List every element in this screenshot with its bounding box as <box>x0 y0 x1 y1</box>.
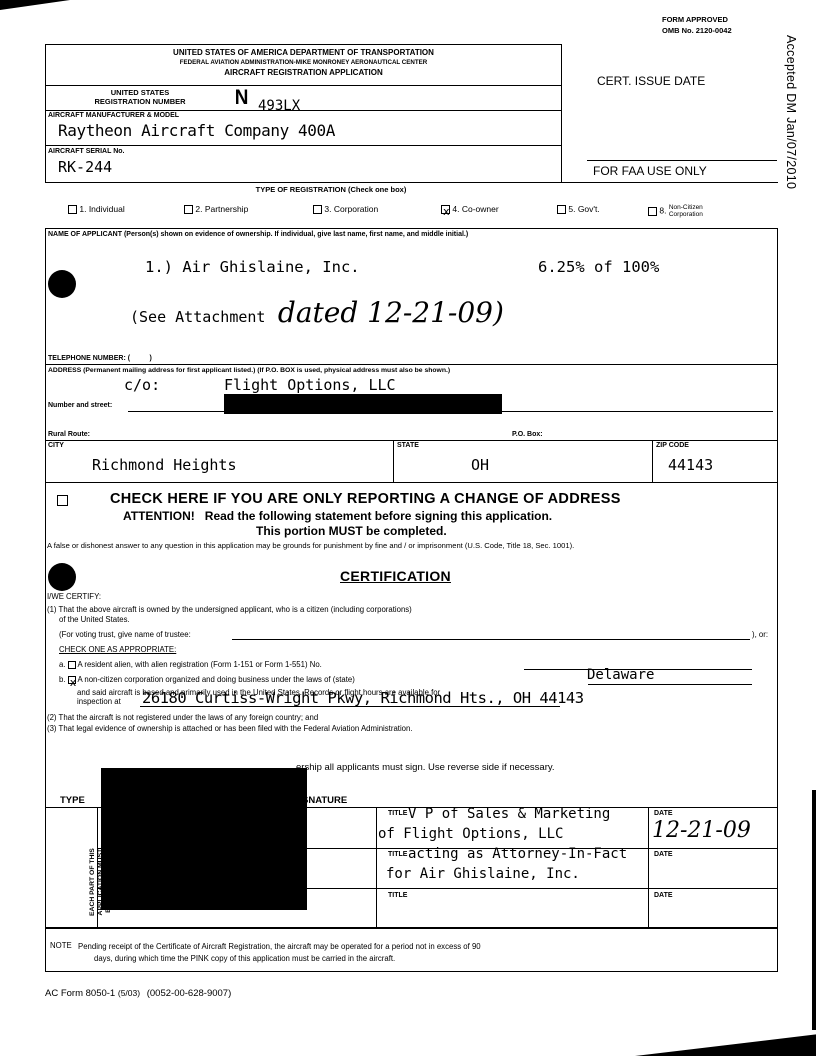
hole-punch-1 <box>48 270 76 298</box>
title-value-1-line1[interactable]: V P of Sales & Marketing <box>408 806 610 822</box>
redacted-signatures <box>101 768 307 910</box>
manufacturer-label: AIRCRAFT MANUFACTURER & MODEL <box>48 112 179 119</box>
type-label: TYPE <box>60 795 85 806</box>
must-be-completed: This portion MUST be completed. <box>256 524 447 538</box>
title-label-1: TITLE <box>388 810 407 817</box>
registration-type-heading: TYPE OF REGISTRATION (Check one box) <box>45 185 617 194</box>
cert-item-1: (1) That the above aircraft is owned by … <box>47 605 412 624</box>
accepted-stamp: Accepted DM Jan/07/2010 <box>778 35 798 245</box>
title-value-2-line1[interactable]: acting as Attorney-In-Fact <box>408 846 627 862</box>
agency-header: UNITED STATES OF AMERICA DEPARTMENT OF T… <box>45 48 562 78</box>
scan-artifact-bottom-right <box>635 1020 816 1056</box>
option-a: a. A resident alien, with alien registra… <box>59 660 322 669</box>
city-value[interactable]: Richmond Heights <box>92 456 237 474</box>
footer-note-label: NOTE <box>50 941 72 950</box>
voting-trust-end: ), or: <box>752 630 768 639</box>
applicant-name-label: NAME OF APPLICANT (Person(s) shown on ev… <box>48 231 468 238</box>
applicant-entry[interactable]: 1.) Air Ghislaine, Inc. <box>145 258 360 276</box>
attachment-reference: (See Attachment dated 12-21-09) <box>130 296 504 329</box>
care-of-label: c/o: <box>124 376 160 394</box>
street-label: Number and street: <box>48 402 112 409</box>
check-one-heading: CHECK ONE AS APPROPRIATE: <box>59 645 176 654</box>
option-a-checkbox[interactable] <box>68 661 76 669</box>
checkbox-co-owner-checked[interactable] <box>441 205 450 214</box>
scan-artifact-right-bar <box>812 790 816 1030</box>
registration-prefix: N <box>235 86 249 110</box>
date-label-2: DATE <box>654 851 673 858</box>
checkbox-individual[interactable] <box>68 205 77 214</box>
zip-label: ZIP CODE <box>656 442 689 449</box>
state-label: STATE <box>397 442 419 449</box>
title-value-1-line2[interactable]: of Flight Options, LLC <box>378 826 563 842</box>
reg-type-corporation[interactable]: 3. Corporation <box>313 204 378 214</box>
form-identifier: AC Form 8050-1 (5/03) (0052-00-628-9007) <box>45 988 231 999</box>
agency-title: FEDERAL AVIATION ADMINISTRATION-MIKE MON… <box>45 58 562 68</box>
reg-type-partnership[interactable]: 2. Partnership <box>184 204 248 214</box>
certification-heading: CERTIFICATION <box>340 568 451 584</box>
cert-item-3: (3) That legal evidence of ownership is … <box>47 724 413 733</box>
zip-value[interactable]: 44143 <box>668 456 713 474</box>
title-value-2-line2[interactable]: for Air Ghislaine, Inc. <box>386 866 580 882</box>
cert-issue-date-label: CERT. ISSUE DATE <box>597 74 705 88</box>
registration-number-label: UNITED STATES REGISTRATION NUMBER <box>50 88 230 106</box>
date-label-3: DATE <box>654 892 673 899</box>
hole-punch-2 <box>48 563 76 591</box>
flight-records-location[interactable]: 26180 Curtiss-Wright Pkwy, Richmond Hts.… <box>142 689 584 707</box>
applicant-share[interactable]: 6.25% of 100% <box>538 258 659 276</box>
omb-number: OMB No. 2120-0042 <box>662 25 732 36</box>
voting-trust-field[interactable] <box>232 639 750 640</box>
signed-in-ink-label: EACH PART OF THIS APPLICATION MUST BE SI… <box>47 808 97 928</box>
scan-artifact-top-left <box>0 0 70 10</box>
option-b: b. A non-citizen corporation organized a… <box>59 675 355 684</box>
co-ownership-note: ership all applicants must sign. Use rev… <box>296 762 555 773</box>
footer-note-text: Pending receipt of the Certificate of Ai… <box>78 941 481 965</box>
date-label-1: DATE <box>654 810 673 817</box>
form-approved-label: FORM APPROVED <box>662 14 732 25</box>
registration-number-value[interactable]: 493LX <box>258 98 300 114</box>
voting-trust-label: (For voting trust, give name of trustee: <box>59 630 191 639</box>
option-b-checkbox-checked[interactable] <box>68 676 76 684</box>
cert-item-2: (2) That the aircraft is not registered … <box>47 713 318 722</box>
option-b-line3: inspection at <box>77 697 121 706</box>
change-of-address-label: CHECK HERE IF YOU ARE ONLY REPORTING A C… <box>110 491 621 507</box>
date-value-1[interactable]: 12-21-09 <box>652 818 751 843</box>
attention-line: ATTENTION! Read the following statement … <box>123 509 552 523</box>
option-b-state[interactable]: Delaware <box>587 667 654 683</box>
signature-label: SNATURE <box>302 795 347 806</box>
checkbox-non-citizen-corp[interactable] <box>648 207 657 216</box>
manufacturer-value[interactable]: Raytheon Aircraft Company 400A <box>58 121 335 140</box>
telephone-label: TELEPHONE NUMBER: ( ) <box>48 355 152 362</box>
checkbox-govt[interactable] <box>557 205 566 214</box>
false-answer-warning: A false or dishonest answer to any quest… <box>47 541 775 551</box>
checkbox-corporation[interactable] <box>313 205 322 214</box>
faa-use-only-label: FOR FAA USE ONLY <box>593 164 707 178</box>
serial-value[interactable]: RK-244 <box>58 158 112 176</box>
title-label-2: TITLE <box>388 851 407 858</box>
redacted-street-address <box>224 394 502 414</box>
reg-type-govt[interactable]: 5. Gov't. <box>557 204 600 214</box>
po-box-label: P.O. Box: <box>512 431 543 438</box>
serial-label: AIRCRAFT SERIAL No. <box>48 148 124 155</box>
checkbox-partnership[interactable] <box>184 205 193 214</box>
change-of-address-checkbox[interactable] <box>57 495 68 506</box>
address-label: ADDRESS (Permanent mailing address for f… <box>48 367 450 374</box>
we-certify: I/WE CERTIFY: <box>47 592 101 601</box>
rural-route-label: Rural Route: <box>48 431 90 438</box>
state-value[interactable]: OH <box>471 456 489 474</box>
department-title: UNITED STATES OF AMERICA DEPARTMENT OF T… <box>45 48 562 58</box>
care-of-value[interactable]: Flight Options, LLC <box>224 376 396 394</box>
form-title: AIRCRAFT REGISTRATION APPLICATION <box>45 68 562 78</box>
city-label: CITY <box>48 442 64 449</box>
reg-type-individual[interactable]: 1. Individual <box>68 204 125 214</box>
title-label-3: TITLE <box>388 892 407 899</box>
reg-type-non-citizen-corp[interactable]: 8. Non-Citizen Corporation <box>648 204 703 218</box>
reg-type-co-owner[interactable]: 4. Co-owner <box>441 204 499 214</box>
form-approval: FORM APPROVED OMB No. 2120-0042 <box>662 14 732 36</box>
